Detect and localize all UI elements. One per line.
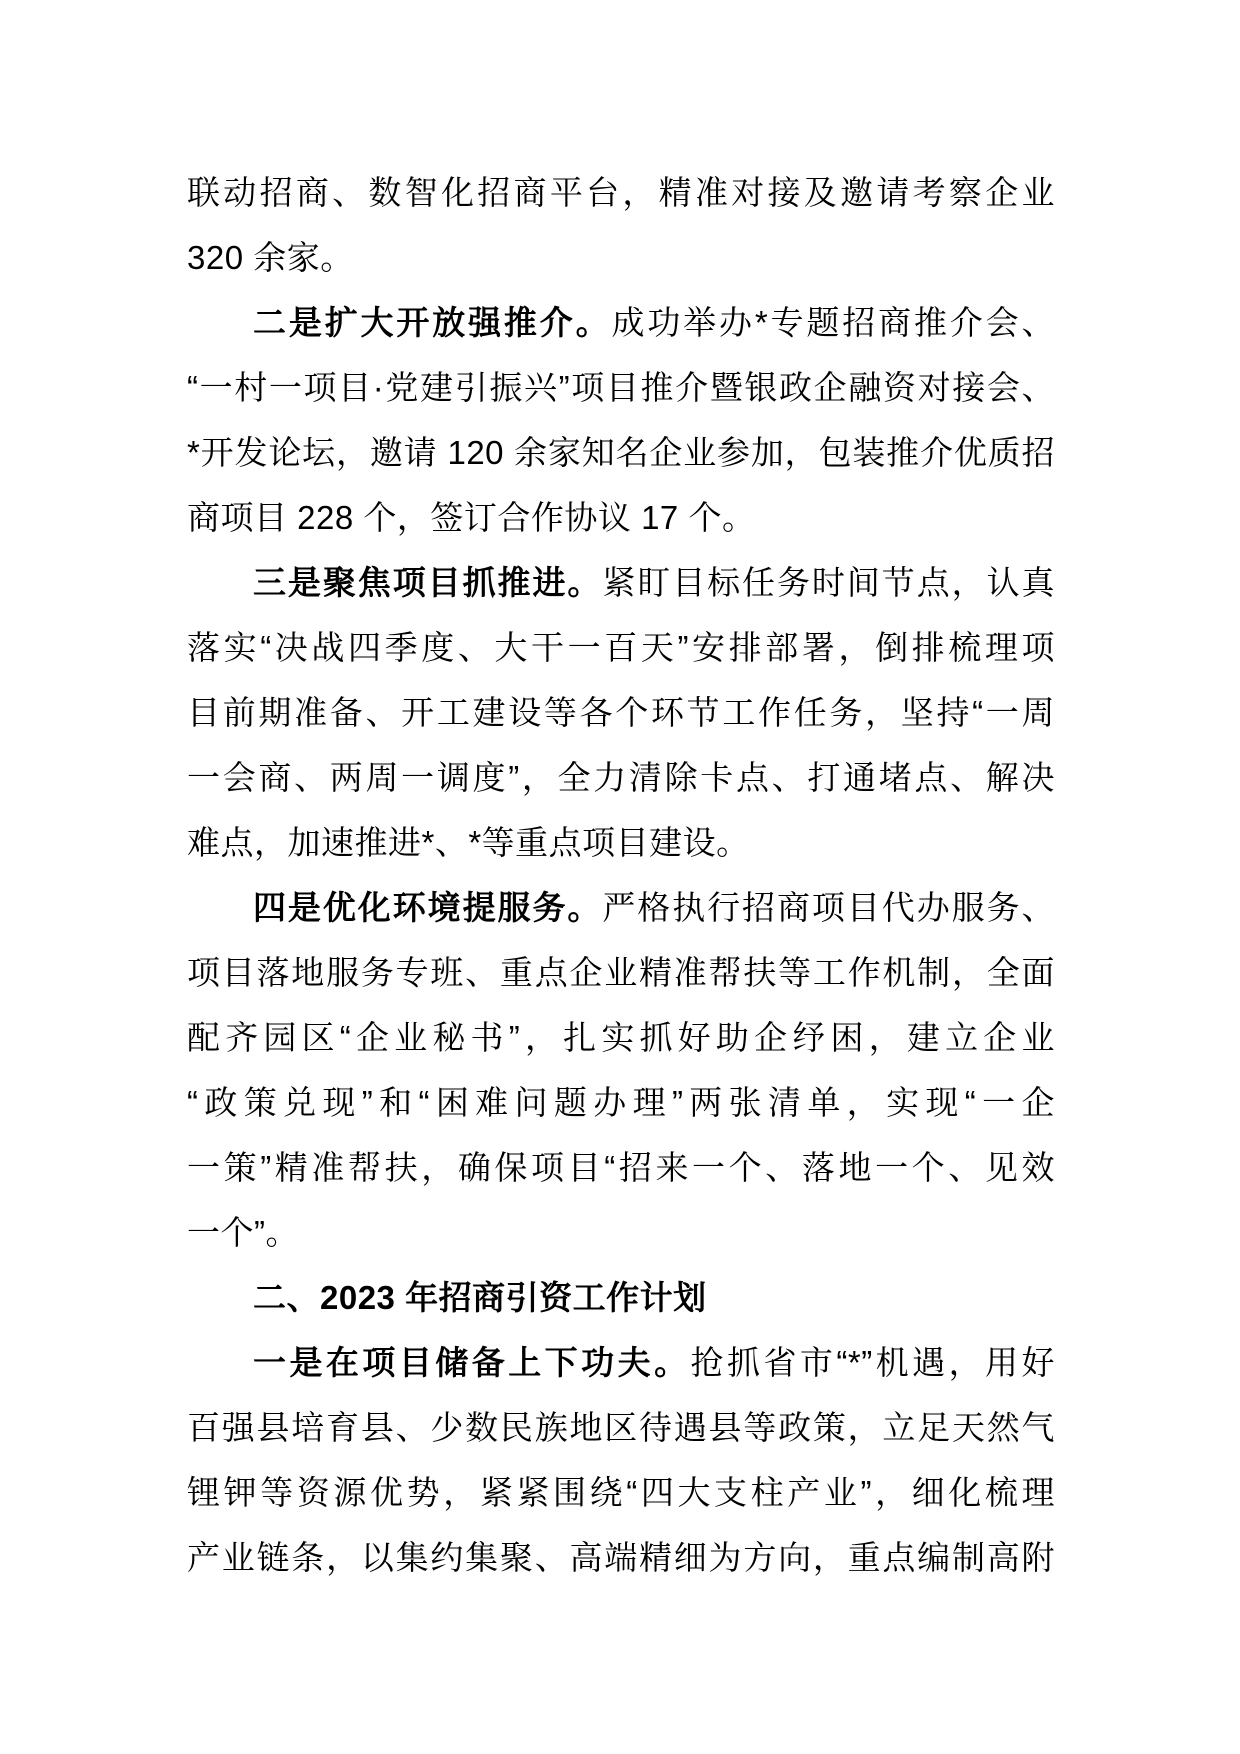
text-line: 锂钾等资源优势，紧紧围绕“四大支柱产业”，细化梳理 <box>187 1460 1055 1525</box>
text-line: 难点，加速推进*、*等重点项目建设。 <box>187 810 1055 875</box>
text-run: 严格执行招商项目代办服务、 <box>602 889 1055 926</box>
text-line: 配齐园区“企业秘书”，扎实抓好助企纾困，建立企业 <box>187 1005 1055 1070</box>
text-run: 联动招商、数智化招商平台，精准对接及邀请考察企业 <box>187 174 1055 211</box>
text-line: 百强县培育县、少数民族地区待遇县等政策，立足天然气 <box>187 1395 1055 1460</box>
text-line: 一个”。 <box>187 1200 1055 1265</box>
text-run: 目前期准备、开工建设等各个环节工作任务，坚持“一周 <box>187 694 1055 731</box>
text-line: 联动招商、数智化招商平台，精准对接及邀请考察企业 <box>187 160 1055 225</box>
text-run: “一村一项目·党建引振兴”项目推介暨银政企融资对接会、 <box>187 369 1055 406</box>
text-run: 项目落地服务专班、重点企业精准帮扶等工作机制，全面 <box>187 954 1055 991</box>
text-run: 百强县培育县、少数民族地区待遇县等政策，立足天然气 <box>187 1409 1055 1446</box>
text-run: *开发论坛，邀请 120 余家知名企业参加，包装推介优质招 <box>187 434 1055 471</box>
text-line: 320 余家。 <box>187 225 1055 290</box>
text-line: 三是聚焦项目抓推进。紧盯目标任务时间节点，认真 <box>187 550 1055 615</box>
text-line: 落实“决战四季度、大干一百天”安排部署，倒排梳理项 <box>187 615 1055 680</box>
bold-text-run: 二、2023 年招商引资工作计划 <box>253 1279 707 1316</box>
text-line: 一会商、两周一调度”，全力清除卡点、打通堵点、解决 <box>187 745 1055 810</box>
text-run: “政策兑现”和“困难问题办理”两张清单，实现“一企 <box>187 1084 1055 1121</box>
text-line: *开发论坛，邀请 120 余家知名企业参加，包装推介优质招 <box>187 420 1055 485</box>
text-line: 目前期准备、开工建设等各个环节工作任务，坚持“一周 <box>187 680 1055 745</box>
bold-text-run: 四是优化环境提服务。 <box>253 889 602 926</box>
text-line: 一策”精准帮扶，确保项目“招来一个、落地一个、见效 <box>187 1135 1055 1200</box>
bold-text-run: 三是聚焦项目抓推进。 <box>253 564 602 601</box>
text-line: 一是在项目储备上下功夫。抢抓省市“*”机遇，用好 <box>187 1330 1055 1395</box>
text-line: “政策兑现”和“困难问题办理”两张清单，实现“一企 <box>187 1070 1055 1135</box>
text-run: 锂钾等资源优势，紧紧围绕“四大支柱产业”，细化梳理 <box>187 1474 1055 1511</box>
bold-text-run: 一是在项目储备上下功夫。 <box>253 1344 691 1381</box>
text-run: 成功举办*专题招商推介会、 <box>611 304 1055 341</box>
text-line: 四是优化环境提服务。严格执行招商项目代办服务、 <box>187 875 1055 940</box>
document-page: 联动招商、数智化招商平台，精准对接及邀请考察企业320 余家。二是扩大开放强推介… <box>0 0 1240 1754</box>
text-run: 一个”。 <box>187 1214 299 1251</box>
text-run: 紧盯目标任务时间节点，认真 <box>602 564 1055 601</box>
text-line: 二、2023 年招商引资工作计划 <box>187 1265 1055 1330</box>
text-run: 抢抓省市“*”机遇，用好 <box>691 1344 1055 1381</box>
text-run: 商项目 228 个，签订合作协议 17 个。 <box>187 499 755 536</box>
text-line: 产业链条，以集约集聚、高端精细为方向，重点编制高附 <box>187 1525 1055 1590</box>
text-run: 落实“决战四季度、大干一百天”安排部署，倒排梳理项 <box>187 629 1055 666</box>
text-run: 一策”精准帮扶，确保项目“招来一个、落地一个、见效 <box>187 1149 1055 1186</box>
text-run: 320 余家。 <box>187 239 354 276</box>
text-run: 一会商、两周一调度”，全力清除卡点、打通堵点、解决 <box>187 759 1055 796</box>
document-body: 联动招商、数智化招商平台，精准对接及邀请考察企业320 余家。二是扩大开放强推介… <box>187 160 1055 1590</box>
text-run: 难点，加速推进*、*等重点项目建设。 <box>187 824 750 861</box>
text-line: 商项目 228 个，签订合作协议 17 个。 <box>187 485 1055 550</box>
text-line: 项目落地服务专班、重点企业精准帮扶等工作机制，全面 <box>187 940 1055 1005</box>
text-run: 配齐园区“企业秘书”，扎实抓好助企纾困，建立企业 <box>187 1019 1055 1056</box>
text-run: 产业链条，以集约集聚、高端精细为方向，重点编制高附 <box>187 1539 1055 1576</box>
text-line: “一村一项目·党建引振兴”项目推介暨银政企融资对接会、 <box>187 355 1055 420</box>
bold-text-run: 二是扩大开放强推介。 <box>253 304 611 341</box>
text-line: 二是扩大开放强推介。成功举办*专题招商推介会、 <box>187 290 1055 355</box>
